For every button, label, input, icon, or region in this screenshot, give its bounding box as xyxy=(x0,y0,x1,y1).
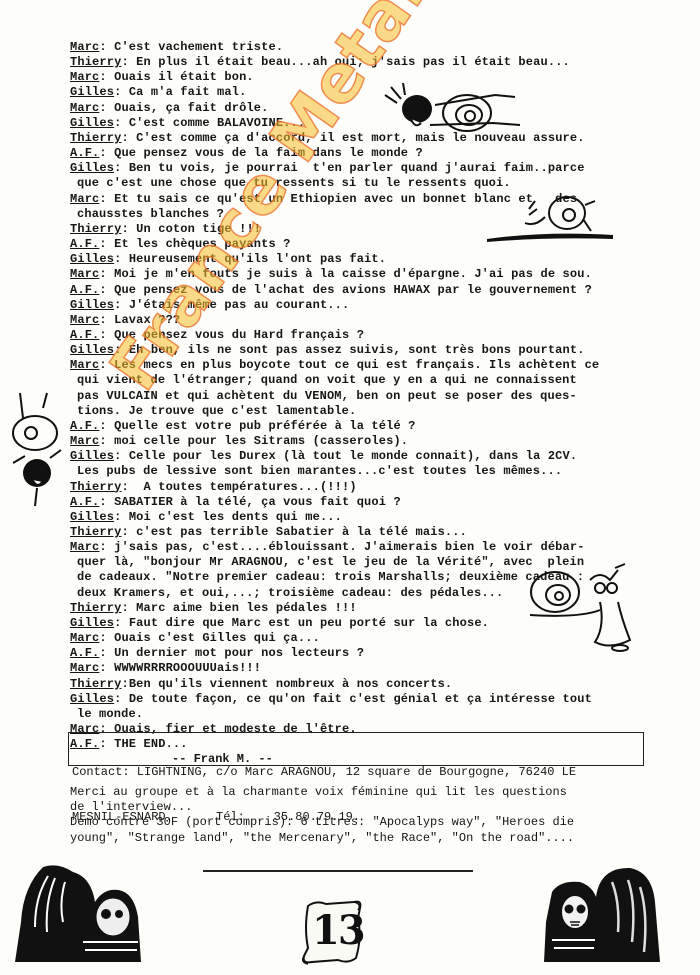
contact-box: Contact: LIGHTNING, c/o Marc ARAGNOU, 12… xyxy=(68,732,644,766)
speaker-label: Thierry xyxy=(70,677,121,691)
speaker-label: Marc xyxy=(70,313,99,327)
line-text: C'est vachement triste. xyxy=(114,40,283,54)
line-text: Moi je m'en fouts je suis à la caisse d'… xyxy=(114,267,592,281)
zine-page: Marc: C'est vachement triste.Thierry: En… xyxy=(0,0,700,975)
speaker-label: Thierry xyxy=(70,222,121,236)
speaker-label: Thierry xyxy=(70,131,121,145)
interview-line: Thierry: C'est comme ça d'accord, il est… xyxy=(70,131,660,146)
interview-line: Marc: j'sais pas, c'est....éblouissant. … xyxy=(70,540,660,555)
speaker-colon: : xyxy=(99,631,114,645)
speaker-label: Gilles xyxy=(70,116,114,130)
interview-line: qui vient de l'étranger; quand on voit q… xyxy=(70,373,660,388)
interview-line: Gilles: Moi c'est les dents qui me... xyxy=(70,510,660,525)
line-text: Ca m'a fait mal. xyxy=(129,85,247,99)
speaker-colon: : xyxy=(99,146,114,160)
speaker-colon: : xyxy=(114,616,129,630)
credits-line: de l'interview... xyxy=(70,800,660,815)
line-text: Heureusement qu'ils l'ont pas fait. xyxy=(129,252,386,266)
speaker-colon: : xyxy=(121,525,136,539)
line-text: deux Kramers, et oui,...; troisième cade… xyxy=(77,586,503,600)
speaker-colon: : xyxy=(99,40,114,54)
interview-line: deux Kramers, et oui,...; troisième cade… xyxy=(70,586,660,601)
speaker-colon: : xyxy=(121,480,136,494)
interview-line: Thierry: Un coton tige !!! xyxy=(70,222,660,237)
speaker-label: A.F. xyxy=(70,283,99,297)
speaker-colon: : xyxy=(121,131,136,145)
speaker-colon: : xyxy=(99,328,114,342)
woodcut-figure-with-skull-illustration xyxy=(13,862,143,967)
line-text: Quelle est votre pub préférée à la télé … xyxy=(114,419,415,433)
line-text: Un dernier mot pour nos lecteurs ? xyxy=(114,646,364,660)
speaker-label: Thierry xyxy=(70,480,121,494)
interview-line: Marc: Lavax ??? xyxy=(70,313,660,328)
speaker-label: Gilles xyxy=(70,85,114,99)
speaker-colon: : xyxy=(114,449,129,463)
speaker-label: Marc xyxy=(70,70,99,84)
speaker-colon: : xyxy=(114,510,129,524)
speaker-colon: : xyxy=(99,661,114,675)
credits-paragraph: Merci au groupe et à la charmante voix f… xyxy=(70,785,660,846)
interview-line: A.F.: Un dernier mot pour nos lecteurs ? xyxy=(70,646,660,661)
speaker-label: Thierry xyxy=(70,55,121,69)
speaker-colon: : xyxy=(99,70,114,84)
interview-line: le monde. xyxy=(70,707,660,722)
interview-line: Marc: Moi je m'en fouts je suis à la cai… xyxy=(70,267,660,282)
speaker-label: Marc xyxy=(70,540,99,554)
line-text: Faut dire que Marc est un peu porté sur … xyxy=(129,616,489,630)
speaker-label: Marc xyxy=(70,267,99,281)
speaker-colon: : xyxy=(114,161,129,175)
page-number-scroll: 13 xyxy=(298,898,368,966)
interview-line: A.F.: Et les chèques payants ? xyxy=(70,237,660,252)
speaker-label: A.F. xyxy=(70,237,99,251)
speaker-colon: : xyxy=(114,692,129,706)
speaker-colon: : xyxy=(114,116,129,130)
line-text: Ouais c'est Gilles qui ça... xyxy=(114,631,320,645)
line-text: J'étais même pas au courant... xyxy=(129,298,350,312)
speaker-colon: : xyxy=(99,267,114,281)
line-text: Les mecs en plus boycote tout ce qui est… xyxy=(114,358,599,372)
speaker-label: Marc xyxy=(70,358,99,372)
interview-line: pas VULCAIN et qui achètent du VENOM, be… xyxy=(70,389,660,404)
interview-line: Marc: Ouais c'est Gilles qui ça... xyxy=(70,631,660,646)
line-text: j'sais pas, c'est....éblouissant. J'aime… xyxy=(114,540,584,554)
line-text: le monde. xyxy=(77,707,143,721)
speaker-label: Gilles xyxy=(70,616,114,630)
interview-line: que c'est une chose que tu ressents si t… xyxy=(70,176,660,191)
interview-line: Thierry: c'est pas terrible Sabatier à l… xyxy=(70,525,660,540)
line-text: Eh ben, ils ne sont pas assez suivis, so… xyxy=(129,343,585,357)
credits-line: Demo contre 30F (port compris): 6 titres… xyxy=(70,815,660,830)
interview-line: Thierry: En plus il était beau...ah oui;… xyxy=(70,55,660,70)
speaker-label: A.F. xyxy=(70,328,99,342)
interview-line: chausstes blanches ? xyxy=(70,207,660,222)
interview-transcript: Marc: C'est vachement triste.Thierry: En… xyxy=(70,40,660,752)
line-text: Que pensez vous de la faim dans le monde… xyxy=(114,146,423,160)
speaker-colon: : xyxy=(114,252,129,266)
speaker-label: Gilles xyxy=(70,692,114,706)
line-text: Les pubs de lessive sont bien marantes..… xyxy=(77,464,562,478)
interview-line: Gilles: Ca m'a fait mal. xyxy=(70,85,660,100)
credits-line: Merci au groupe et à la charmante voix f… xyxy=(70,785,660,800)
speaker-colon: : xyxy=(114,343,129,357)
woodcut-skeleton-pair-illustration xyxy=(540,862,670,967)
interview-line: A.F.: Que pensez vous du Hard français ? xyxy=(70,328,660,343)
speaker-label: Marc xyxy=(70,192,99,206)
interview-line: Gilles: Heureusement qu'ils l'ont pas fa… xyxy=(70,252,660,267)
interview-line: Marc: Et tu sais ce qu'est un Ethiopien … xyxy=(70,192,660,207)
line-text: SABATIER à la télé, ça vous fait quoi ? xyxy=(114,495,401,509)
interview-line: Gilles: Faut dire que Marc est un peu po… xyxy=(70,616,660,631)
speaker-colon: : xyxy=(99,192,114,206)
line-text: WWWWRRRROOOUUUais!!! xyxy=(114,661,261,675)
speaker-colon: : xyxy=(99,495,114,509)
speaker-label: Gilles xyxy=(70,252,114,266)
interview-line: Gilles: J'étais même pas au courant... xyxy=(70,298,660,313)
interview-line: Marc: Ouais il était bon. xyxy=(70,70,660,85)
line-text: chausstes blanches ? xyxy=(77,207,224,221)
interview-line: Les pubs de lessive sont bien marantes..… xyxy=(70,464,660,479)
speaker-label: Gilles xyxy=(70,510,114,524)
speaker-label: Marc xyxy=(70,434,99,448)
speaker-label: Gilles xyxy=(70,298,114,312)
line-text: Ouais, ça fait drôle. xyxy=(114,101,268,115)
speaker-colon: : xyxy=(99,283,114,297)
interview-line: quer là, "bonjour Mr ARAGNOU, c'est le j… xyxy=(70,555,660,570)
speaker-label: Marc xyxy=(70,101,99,115)
speaker-colon: : xyxy=(121,55,136,69)
line-text: Un coton tige !!! xyxy=(136,222,261,236)
line-text: quer là, "bonjour Mr ARAGNOU, c'est le j… xyxy=(77,555,584,569)
interview-line: A.F.: Que pensez vous de la faim dans le… xyxy=(70,146,660,161)
interview-line: Marc: moi celle pour les Sitrams (casser… xyxy=(70,434,660,449)
interview-line: Marc: Les mecs en plus boycote tout ce q… xyxy=(70,358,660,373)
speaker-label: Marc xyxy=(70,661,99,675)
interview-line: Gilles: Eh ben, ils ne sont pas assez su… xyxy=(70,343,660,358)
snail-creature-mushroom-illustration xyxy=(5,388,70,513)
line-text: Marc aime bien les pédales !!! xyxy=(136,601,357,615)
line-text: c'est pas terrible Sabatier à la télé ma… xyxy=(136,525,467,539)
speaker-label: Marc xyxy=(70,631,99,645)
interview-line: Thierry: Marc aime bien les pédales !!! xyxy=(70,601,660,616)
line-text: C'est comme ça d'accord, il est mort, ma… xyxy=(136,131,584,145)
line-text: qui vient de l'étranger; quand on voit q… xyxy=(77,373,577,387)
interview-line: Gilles: Ben tu vois, je pourrai t'en par… xyxy=(70,161,660,176)
page-number: 13 xyxy=(312,906,356,956)
speaker-colon: : xyxy=(99,646,114,660)
line-text: Ben tu vois, je pourrai t'en parler quan… xyxy=(129,161,585,175)
interview-line: Thierry: A toutes températures...(!!!) xyxy=(70,480,660,495)
line-text: Que pensez vous de l'achat des avions HA… xyxy=(114,283,592,297)
line-text: pas VULCAIN et qui achètent du VENOM, be… xyxy=(77,389,577,403)
speaker-colon: : xyxy=(99,358,114,372)
line-text: En plus il était beau...ah oui; j'sais p… xyxy=(136,55,570,69)
speaker-label: A.F. xyxy=(70,646,99,660)
speaker-label: Thierry xyxy=(70,601,121,615)
interview-line: Gilles: Celle pour les Durex (là tout le… xyxy=(70,449,660,464)
speaker-colon: : xyxy=(99,419,114,433)
line-text: De toute façon, ce qu'on fait c'est géni… xyxy=(129,692,592,706)
speaker-label: A.F. xyxy=(70,495,99,509)
speaker-label: Thierry xyxy=(70,525,121,539)
line-text: Lavax ??? xyxy=(114,313,180,327)
line-text: Celle pour les Durex (là tout le monde c… xyxy=(129,449,577,463)
speaker-colon: : xyxy=(121,677,128,691)
speaker-label: Gilles xyxy=(70,161,114,175)
speaker-label: A.F. xyxy=(70,146,99,160)
speaker-colon: : xyxy=(99,313,114,327)
line-text: de cadeaux. "Notre premier cadeau: trois… xyxy=(77,570,584,584)
interview-line: Gilles: De toute façon, ce qu'on fait c'… xyxy=(70,692,660,707)
line-text: C'est comme BALAVOINE... xyxy=(129,116,305,130)
line-text: Que pensez vous du Hard français ? xyxy=(114,328,364,342)
speaker-label: Marc xyxy=(70,40,99,54)
speaker-label: A.F. xyxy=(70,419,99,433)
speaker-label: Gilles xyxy=(70,343,114,357)
speaker-colon: : xyxy=(114,85,129,99)
interview-line: A.F.: Que pensez vous de l'achat des avi… xyxy=(70,283,660,298)
line-text: Et tu sais ce qu'est un Ethiopien avec u… xyxy=(114,192,577,206)
speaker-colon: : xyxy=(99,101,114,115)
speaker-colon: : xyxy=(114,298,129,312)
line-text: A toutes températures...(!!!) xyxy=(136,480,357,494)
line-text: tions. Je trouve que c'est lamentable. xyxy=(77,404,356,418)
speaker-colon: : xyxy=(99,540,114,554)
speaker-colon: : xyxy=(99,237,114,251)
footer-divider xyxy=(203,870,473,872)
interview-line: Marc: Ouais, ça fait drôle. xyxy=(70,101,660,116)
line-text: Ben qu'ils viennent nombreux à nos conce… xyxy=(129,677,452,691)
contact-line-1: Contact: LIGHTNING, c/o Marc ARAGNOU, 12… xyxy=(72,765,643,780)
speaker-colon: : xyxy=(121,222,136,236)
line-text: que c'est une chose que tu ressents si t… xyxy=(77,176,511,190)
interview-line: A.F.: Quelle est votre pub préférée à la… xyxy=(70,419,660,434)
line-text: Ouais il était bon. xyxy=(114,70,254,84)
interview-line: A.F.: SABATIER à la télé, ça vous fait q… xyxy=(70,495,660,510)
interview-line: tions. Je trouve que c'est lamentable. xyxy=(70,404,660,419)
interview-line: Thierry:Ben qu'ils viennent nombreux à n… xyxy=(70,677,660,692)
speaker-label: Gilles xyxy=(70,449,114,463)
interview-line: Marc: C'est vachement triste. xyxy=(70,40,660,55)
speaker-colon: : xyxy=(121,601,136,615)
line-text: Moi c'est les dents qui me... xyxy=(129,510,342,524)
credits-line: young", "Strange land", "the Mercenary",… xyxy=(70,831,660,846)
interview-line: de cadeaux. "Notre premier cadeau: trois… xyxy=(70,570,660,585)
speaker-colon: : xyxy=(99,434,114,448)
interview-line: Marc: WWWWRRRROOOUUUais!!! xyxy=(70,661,660,676)
interview-line: Gilles: C'est comme BALAVOINE... xyxy=(70,116,660,131)
line-text: moi celle pour les Sitrams (casseroles). xyxy=(114,434,408,448)
line-text: Et les chèques payants ? xyxy=(114,237,290,251)
